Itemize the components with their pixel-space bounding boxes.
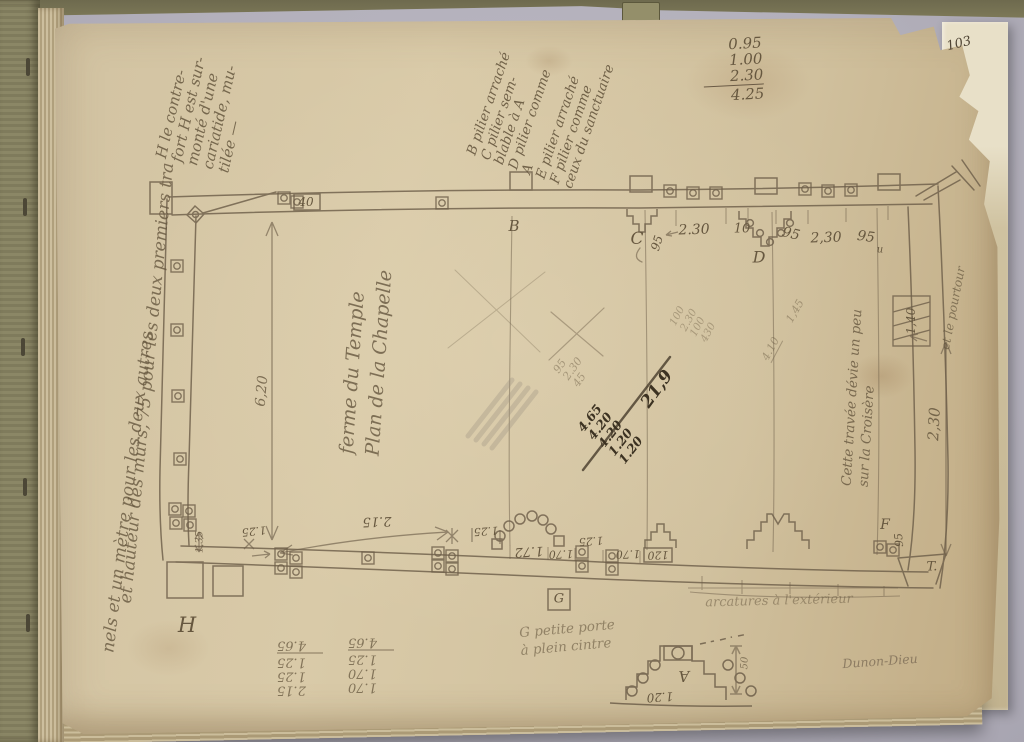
sum-rule [348,650,394,651]
dim-detail-base: 1.20 [646,689,674,705]
dim-top-wall: 2.30 [678,221,710,238]
bay-lines [509,206,900,597]
dim-box-120: 120 [647,548,668,562]
letter-d: D [753,248,766,267]
dim-bottom-wall: 1.70 [616,547,641,561]
sum-total: 4.25 [704,85,765,104]
sum-top-right: 0.95 1.00 2.30 4.25 [701,34,764,104]
dim-right-side: 2,30 [924,407,944,441]
sum-total: 4.65 [277,638,323,652]
sum-value: 1.25 [277,669,323,683]
sum-bottom-left-a: 2.15 1.25 1.25 4.65 [277,638,323,697]
letter-t: T. [927,560,938,575]
dim-top-wall: 95 [856,228,876,246]
dim-top-wall: 10 [734,222,751,237]
sum-rule [277,653,323,654]
sum-bottom-left-b: 1.70 1.70 1.25 4.65 [348,635,394,694]
letter-b: B [508,217,519,235]
dim-bottom-wall: 1.72 [514,543,544,559]
letter-a-detail: A [678,667,689,685]
dim-top-wall: 2,30 [810,229,842,246]
dim-box-140: 1,40 [904,308,918,335]
letter-f: F [880,517,890,533]
sum-total: 4.65 [348,635,394,649]
letter-h: H [178,613,196,637]
sum-value: 1.25 [348,652,394,666]
sum-value: 2.30 [703,66,764,85]
sum-value: 1.70 [348,666,394,680]
sum-value: 1.70 [348,680,394,694]
dim-left-wall: 1.35 [195,531,206,553]
letter-c: C [630,229,643,249]
dim-height-left: 6,20 [253,375,272,407]
dim-box-40: 40 [298,195,313,209]
dim-f-side: 95 [892,532,906,547]
sketchbook-scan: 103 0.95 1.00 2.30 4.25 et hauteur des m… [0,0,1024,742]
sum-value: 1.25 [277,655,323,669]
dim-bottom-wall: 1.25 [578,534,603,549]
dim-bottom-wall: 1.70 [549,547,574,561]
dim-bottom-wall: 2.15 [362,513,391,529]
dim-bottom-wall: 1.25 [473,524,498,539]
letter-u: u [877,245,883,256]
dimension-lines [195,222,951,558]
letter-g: G [554,592,564,607]
sum-value: 2.15 [277,683,323,697]
dim-left-corner: 1.25 [241,523,267,538]
dim-detail-side: 50 [739,656,750,669]
